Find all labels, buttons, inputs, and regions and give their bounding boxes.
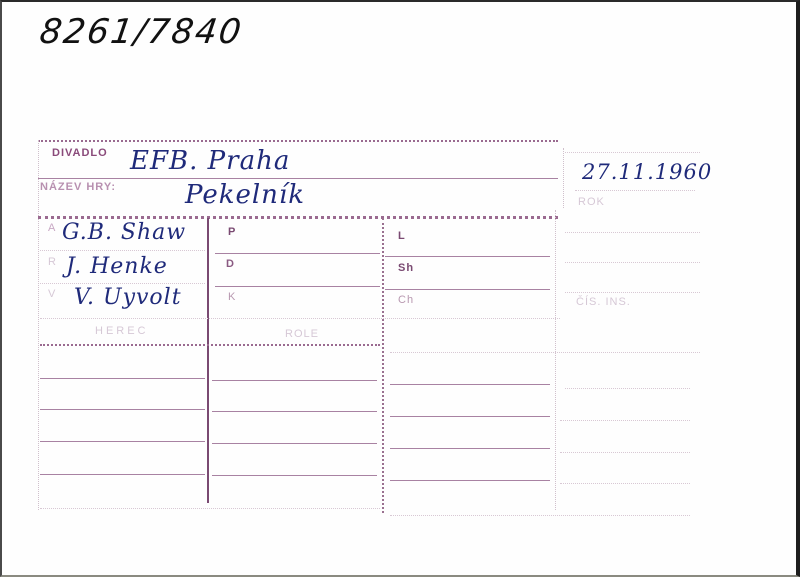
grid-col-divider-3 xyxy=(555,210,556,510)
grid-label-d: D xyxy=(226,258,235,270)
cast-row-3a xyxy=(40,441,205,442)
card-left-border xyxy=(38,140,39,510)
cast-row-4c xyxy=(390,480,550,481)
right-label-3: ČÍS. INS. xyxy=(576,296,631,308)
divadlo-row-divider xyxy=(38,178,558,179)
right-row-3 xyxy=(565,292,700,293)
grid-row-2a xyxy=(40,283,205,284)
card-top-border xyxy=(38,140,558,142)
cast-bottom-right xyxy=(390,515,690,516)
section-header-top xyxy=(40,318,560,319)
grid-row-2b xyxy=(215,286,380,287)
director-name: J. Henke xyxy=(66,254,168,279)
grid-label-k: K xyxy=(228,291,236,303)
date-box-left xyxy=(563,148,564,208)
grid-row-1b xyxy=(215,253,380,254)
grid-top-border xyxy=(38,216,558,219)
grid-label-sh: Sh xyxy=(398,262,414,274)
date-row-divider xyxy=(575,190,695,191)
cast-row-3b xyxy=(212,443,377,444)
right-row-1 xyxy=(565,232,700,233)
cast-row-2d xyxy=(560,420,690,421)
right-label-top: ROK xyxy=(578,196,605,208)
grid-col-divider-1 xyxy=(207,218,209,503)
nazev-hry-label: NÁZEV HRY: xyxy=(40,181,116,193)
section-header-bottom-right xyxy=(390,352,700,353)
cast-row-2c xyxy=(390,416,550,417)
section-label-role: ROLE xyxy=(285,328,319,340)
cast-row-4d xyxy=(560,483,690,484)
grid-row-2c xyxy=(385,289,550,290)
cast-bottom-left xyxy=(40,508,380,509)
cast-row-3c xyxy=(390,448,550,449)
divadlo-label: DIVADLO xyxy=(52,147,108,159)
grid-label-p: P xyxy=(228,226,236,238)
cast-row-2b xyxy=(212,411,377,412)
grid-row-1a xyxy=(40,250,205,251)
author-name: G.B. Shaw xyxy=(62,220,186,245)
catalog-number: 8261/7840 xyxy=(37,12,245,52)
grid-label-r: R xyxy=(48,256,57,268)
cast-row-1c xyxy=(390,384,550,385)
cast-row-1b xyxy=(212,380,377,381)
section-label-herec: HEREC xyxy=(95,325,149,337)
section-header-bottom xyxy=(40,344,380,346)
grid-col-divider-2 xyxy=(382,218,384,513)
divadlo-value: EFB. Praha xyxy=(130,146,290,176)
grid-label-l: L xyxy=(398,230,406,242)
cast-row-1d xyxy=(565,388,690,389)
date-box-top xyxy=(565,152,700,153)
cast-row-4b xyxy=(212,475,377,476)
nazev-hry-value: Pekelník xyxy=(185,180,305,210)
designer-name: V. Uyvolt xyxy=(74,285,182,310)
grid-label-v: V xyxy=(48,288,56,300)
grid-label-a: A xyxy=(48,222,56,234)
grid-row-1c xyxy=(385,256,550,257)
cast-row-2a xyxy=(40,409,205,410)
right-row-2 xyxy=(565,262,700,263)
cast-row-1a xyxy=(40,378,205,379)
premiere-date: 27.11.1960 xyxy=(582,160,712,184)
grid-label-ch: Ch xyxy=(398,294,414,306)
cast-row-4a xyxy=(40,474,205,475)
cast-row-3d xyxy=(560,452,690,453)
